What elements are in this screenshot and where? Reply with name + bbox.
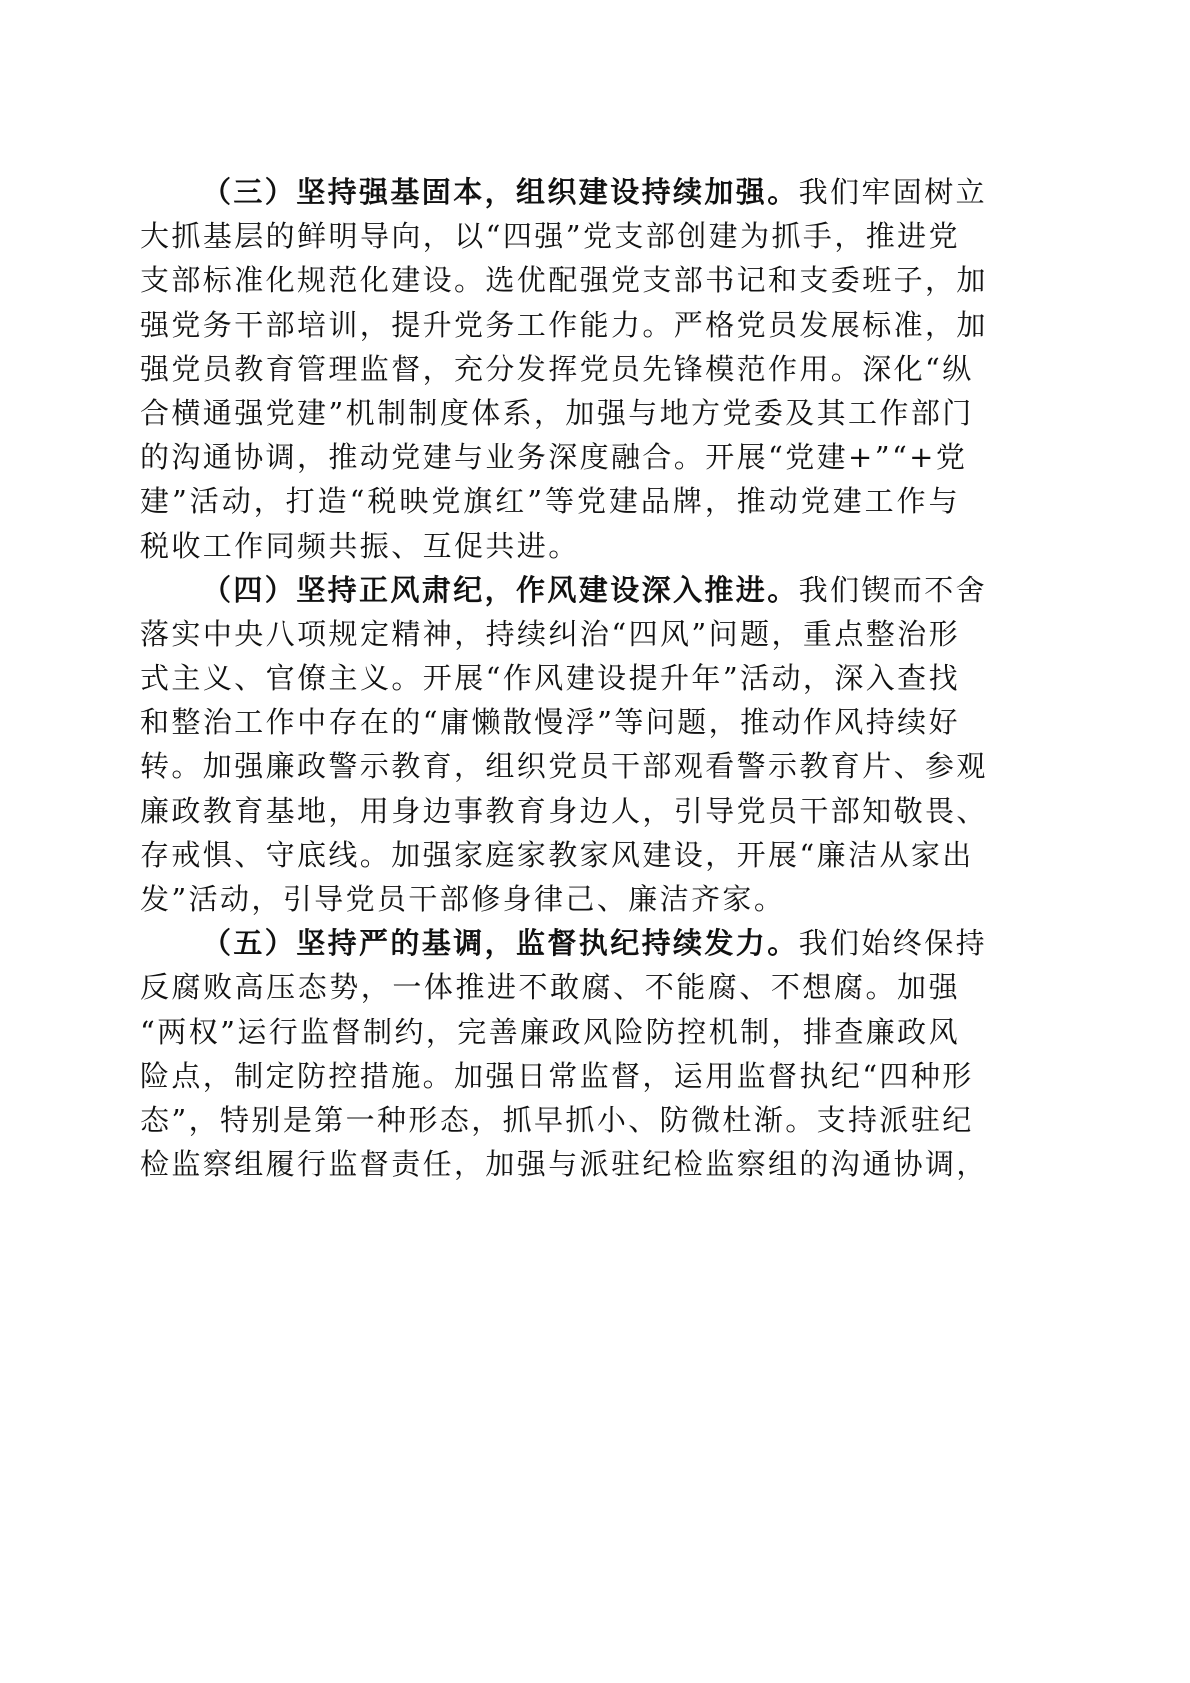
paragraph-line: 转。加强廉政警示教育，组织党员干部观看警示教育片、参观 (140, 744, 960, 788)
paragraph-line: 大抓基层的鲜明导向，以“四强”党支部创建为抓手，推进党 (140, 214, 960, 258)
section-heading: （五）坚持严的基调，监督执纪持续发力。 (202, 926, 799, 960)
paragraph-line: 险点，制定防控措施。加强日常监督，运用监督执纪“四种形 (140, 1054, 960, 1098)
paragraph-last-line: 发”活动，引导党员干部修身律己、廉洁齐家。 (140, 877, 960, 921)
paragraph-section-4: （四）坚持正风肃纪，作风建设深入推进。我们锲而不舍 落实中央八项规定精神，持续纠… (140, 568, 970, 922)
paragraph-line: 廉政教育基地，用身边事教育身边人，引导党员干部知敬畏、 (140, 789, 960, 833)
paragraph-text: 我们始终保持 (799, 926, 987, 960)
paragraph-last-line: 税收工作同频共振、互促共进。 (140, 524, 960, 568)
paragraph-section-5: （五）坚持严的基调，监督执纪持续发力。我们始终保持 反腐败高压态势，一体推进不敢… (140, 921, 970, 1186)
paragraph-line: 强党员教育管理监督，充分发挥党员先锋模范作用。深化“纵 (140, 347, 960, 391)
section-heading: （三）坚持强基固本，组织建设持续加强。 (202, 175, 799, 209)
paragraph-line: 落实中央八项规定精神，持续纠治“四风”问题，重点整治形 (140, 612, 960, 656)
paragraph-first-line: （三）坚持强基固本，组织建设持续加强。我们牢固树立 (140, 170, 960, 214)
paragraph-text: 我们牢固树立 (799, 175, 987, 209)
paragraph-line: 建”活动，打造“税映党旗红”等党建品牌，推动党建工作与 (140, 479, 960, 523)
paragraph-first-line: （四）坚持正风肃纪，作风建设深入推进。我们锲而不舍 (140, 568, 960, 612)
paragraph-line: 反腐败高压态势，一体推进不敢腐、不能腐、不想腐。加强 (140, 965, 960, 1009)
paragraph-line: 强党务干部培训，提升党务工作能力。严格党员发展标准，加 (140, 303, 960, 347)
paragraph-line: 的沟通协调，推动党建与业务深度融合。开展“党建+”“+党 (140, 435, 960, 479)
paragraph-line: “两权”运行监督制约，完善廉政风险防控机制，排查廉政风 (140, 1010, 960, 1054)
paragraph-line: 存戒惧、守底线。加强家庭家教家风建设，开展“廉洁从家出 (140, 833, 960, 877)
paragraph-line: 支部标准化规范化建设。选优配强党支部书记和支委班子，加 (140, 258, 960, 302)
document-body: （三）坚持强基固本，组织建设持续加强。我们牢固树立 大抓基层的鲜明导向，以“四强… (140, 170, 970, 1186)
paragraph-text: 我们锲而不舍 (799, 573, 987, 607)
paragraph-line: 式主义、官僚主义。开展“作风建设提升年”活动，深入查找 (140, 656, 960, 700)
document-page: （三）坚持强基固本，组织建设持续加强。我们牢固树立 大抓基层的鲜明导向，以“四强… (0, 0, 1190, 1683)
paragraph-line: 和整治工作中存在的“庸懒散慢浮”等问题，推动作风持续好 (140, 700, 960, 744)
paragraph-line: 态”，特别是第一种形态，抓早抓小、防微杜渐。支持派驻纪 (140, 1098, 960, 1142)
paragraph-line: 检监察组履行监督责任，加强与派驻纪检监察组的沟通协调， (140, 1142, 960, 1186)
section-heading: （四）坚持正风肃纪，作风建设深入推进。 (202, 573, 799, 607)
paragraph-section-3: （三）坚持强基固本，组织建设持续加强。我们牢固树立 大抓基层的鲜明导向，以“四强… (140, 170, 970, 568)
paragraph-first-line: （五）坚持严的基调，监督执纪持续发力。我们始终保持 (140, 921, 960, 965)
paragraph-line: 合横通强党建”机制制度体系，加强与地方党委及其工作部门 (140, 391, 960, 435)
